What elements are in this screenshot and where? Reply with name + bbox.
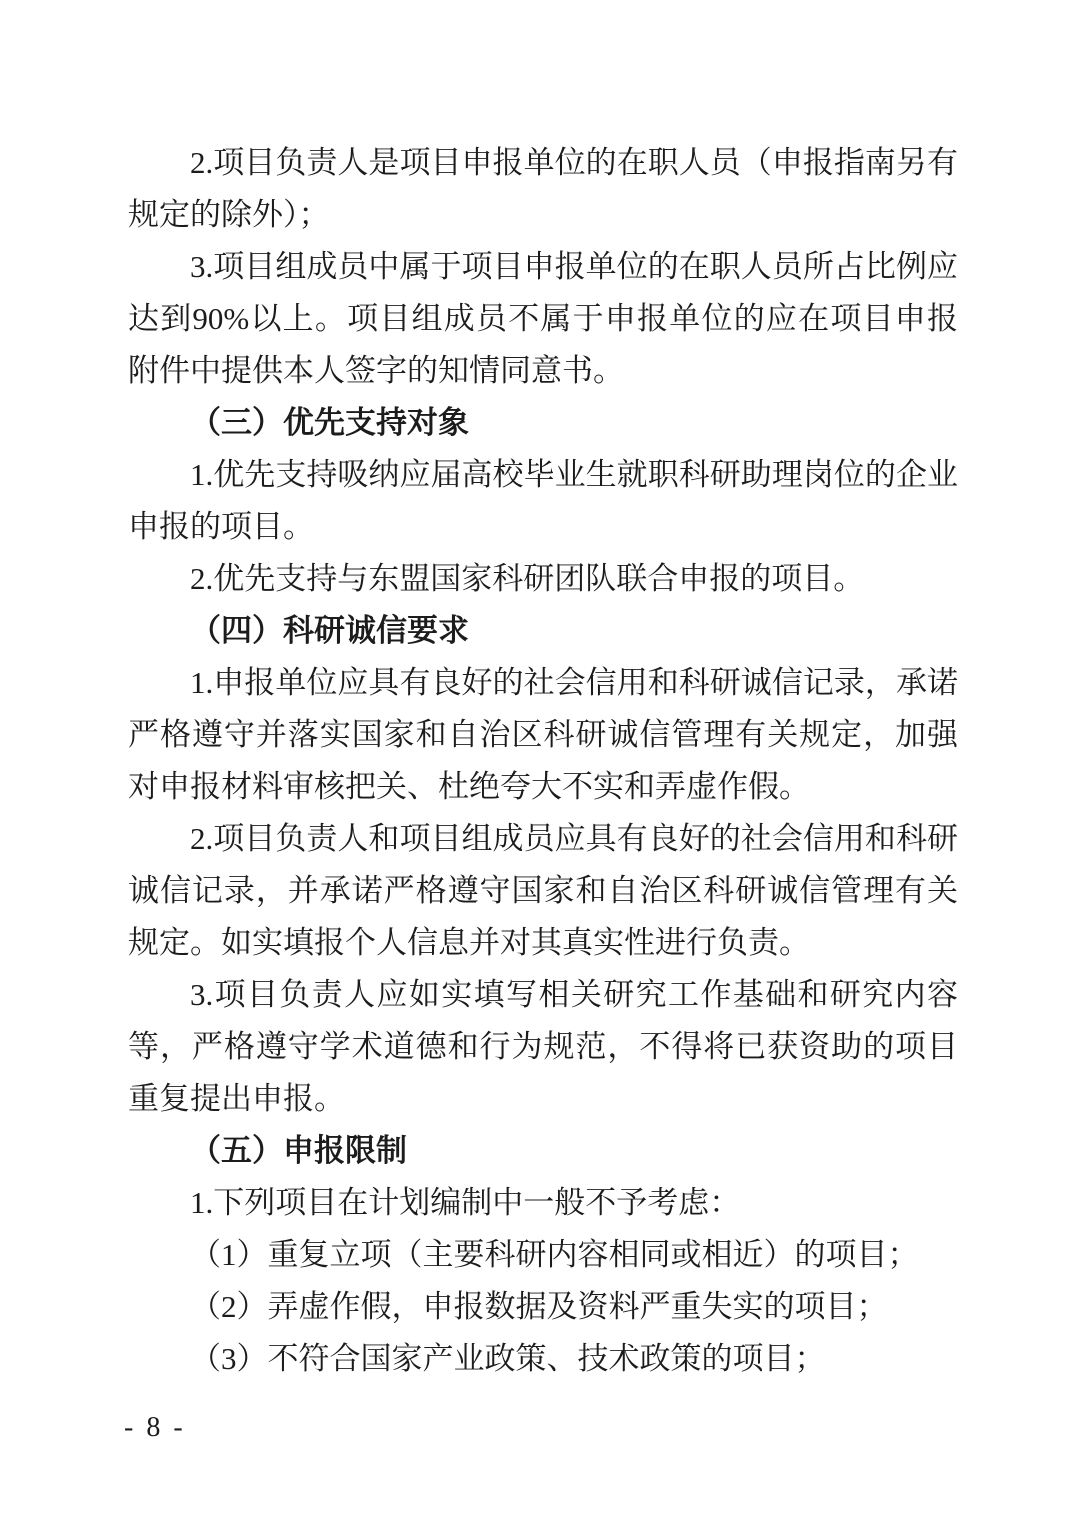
document-page: 2.项目负责人是项目申报单位的在职人员（申报指南另有规定的除外）；3.项目组成员… <box>0 0 1074 1520</box>
body-paragraph: 1.申报单位应具有良好的社会信用和科研诚信记录，承诺严格遵守并落实国家和自治区科… <box>128 657 958 813</box>
body-paragraph: （2）弄虚作假，申报数据及资料严重失实的项目； <box>128 1281 958 1333</box>
body-paragraph: （3）不符合国家产业政策、技术政策的项目； <box>128 1333 958 1385</box>
section-heading: （三）优先支持对象 <box>128 397 958 449</box>
body-paragraph: 2.项目负责人是项目申报单位的在职人员（申报指南另有规定的除外）； <box>128 137 958 241</box>
section-heading: （四）科研诚信要求 <box>128 605 958 657</box>
page-number: - 8 - <box>124 1408 186 1448</box>
body-paragraph: 2.项目负责人和项目组成员应具有良好的社会信用和科研诚信记录，并承诺严格遵守国家… <box>128 813 958 969</box>
document-body: 2.项目负责人是项目申报单位的在职人员（申报指南另有规定的除外）；3.项目组成员… <box>128 137 958 1385</box>
body-paragraph: 1.下列项目在计划编制中一般不予考虑： <box>128 1177 958 1229</box>
body-paragraph: 3.项目组成员中属于项目申报单位的在职人员所占比例应达到90%以上。项目组成员不… <box>128 241 958 397</box>
body-paragraph: 2.优先支持与东盟国家科研团队联合申报的项目。 <box>128 553 958 605</box>
body-paragraph: 3.项目负责人应如实填写相关研究工作基础和研究内容等，严格遵守学术道德和行为规范… <box>128 969 958 1125</box>
body-paragraph: （1）重复立项（主要科研内容相同或相近）的项目； <box>128 1229 958 1281</box>
section-heading: （五）申报限制 <box>128 1125 958 1177</box>
body-paragraph: 1.优先支持吸纳应届高校毕业生就职科研助理岗位的企业申报的项目。 <box>128 449 958 553</box>
